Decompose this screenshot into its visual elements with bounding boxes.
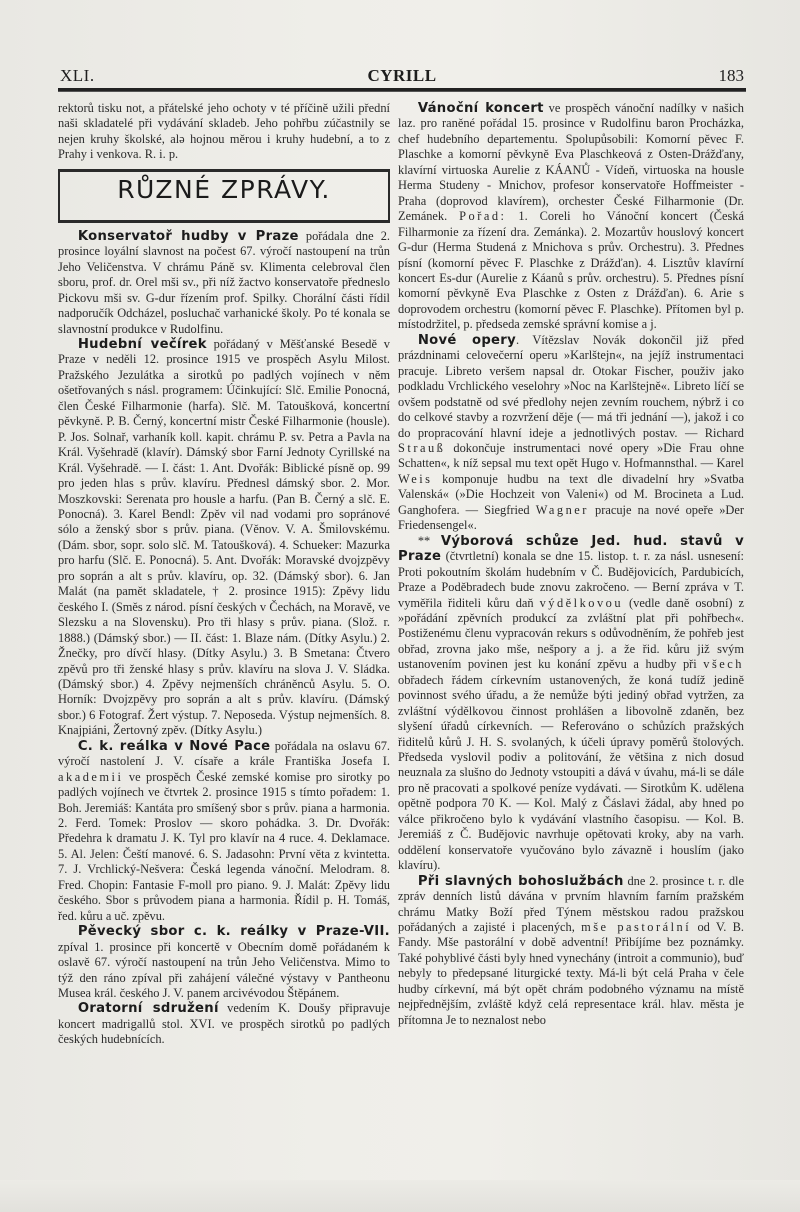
spaced-emphasis: Weis — [398, 472, 432, 486]
article-vanocni-koncert: Vánoční koncert ve prospěch vánoční nadí… — [398, 101, 744, 333]
article-body: obřadech řádem církevním ustanovených, ž… — [398, 673, 744, 872]
article-konservator: Konservatoř hudby v Praze pořádala dne 2… — [58, 229, 390, 337]
left-column: rektorů tisku not, a přátelské jeho ocho… — [58, 101, 390, 1048]
header-rule — [58, 88, 746, 92]
article-pevecky-sbor: Pěvecký sbor c. k. reálky v Praze-VII. z… — [58, 924, 390, 1001]
article-vyborova-schuze: ** Výborová schůze Jed. hud. stavů v Pra… — [398, 534, 744, 874]
article-hudebni-vecirek: Hudební večírek pořádaný v Měšťanské Bes… — [58, 337, 390, 739]
article-oratorni-sdruzeni: Oratorní sdružení vedením K. Doušy připr… — [58, 1001, 390, 1047]
article-body: pořádaný v Měšťanské Besedě v Praze v ne… — [58, 337, 390, 737]
spaced-emphasis: výdělkovou — [540, 596, 624, 610]
spaced-emphasis: Strauß — [398, 441, 445, 455]
article-body: zpíval 1. prosince při koncertě v Obecní… — [58, 940, 390, 1000]
article-lead: Vánoční koncert — [418, 101, 544, 116]
article-body: ve prospěch České zemské komise pro siro… — [58, 770, 390, 923]
spaced-emphasis: Pořad: — [459, 209, 506, 223]
article-lead: Pěvecký sbor c. k. reálky v Praze-VII. — [78, 924, 390, 939]
article-realka-nova-paka: C. k. reálka v Nové Pace pořádala na osl… — [58, 739, 390, 924]
article-nove-opery: Nové opery. Vítězslav Novák dokončil již… — [398, 333, 744, 534]
article-lead: Při slavných bohoslužbách — [418, 874, 624, 889]
article-slavne-bohosluzby: Při slavných bohoslužbách dne 2. prosinc… — [398, 874, 744, 1029]
article-body: od V. B. Fandy. Mše pastorální v době ad… — [398, 920, 744, 1027]
page-number: 183 — [719, 66, 745, 86]
journal-page: XLI. CYRILL 183 rektorů tisku not, a přá… — [0, 0, 800, 1212]
article-lead: Hudební večírek — [78, 337, 207, 352]
article-lead: C. k. reálka v Nové Pace — [78, 739, 271, 754]
section-title: RŮZNÉ ZPRÁVY. — [60, 182, 388, 197]
article-body: 1. Coreli ho Vánoční koncert (Česká Filh… — [398, 209, 744, 331]
article-lead: Nové opery — [418, 333, 516, 348]
article-body: pořádala dne 2. prosince loyální slavnos… — [58, 229, 390, 336]
spaced-emphasis: akademii — [58, 770, 123, 784]
right-column: Vánoční koncert ve prospěch vánoční nadí… — [398, 101, 744, 1028]
obituary-ending: rektorů tisku not, a přátelské jeho ocho… — [58, 101, 390, 163]
article-lead: Oratorní sdružení — [78, 1001, 219, 1016]
article-body: ve prospěch vánoční nadílky v našich laz… — [398, 101, 744, 223]
section-heading-box: RŮZNÉ ZPRÁVY. — [58, 169, 390, 223]
article-body: . Vítězslav Novák dokončil již před práz… — [398, 333, 744, 440]
asterisk-marker: ** — [418, 534, 441, 548]
spaced-emphasis: Wagner — [536, 503, 589, 517]
journal-title: CYRILL — [58, 66, 746, 86]
article-body: dokončuje instrumentaci nové opery »Die … — [398, 441, 744, 470]
page-bottom-margin — [0, 1180, 800, 1212]
spaced-emphasis: mše pastorální — [581, 920, 691, 934]
spaced-emphasis: všech — [703, 657, 744, 671]
article-lead: Konservatoř hudby v Praze — [78, 229, 299, 244]
running-head: XLI. CYRILL 183 — [58, 66, 746, 88]
